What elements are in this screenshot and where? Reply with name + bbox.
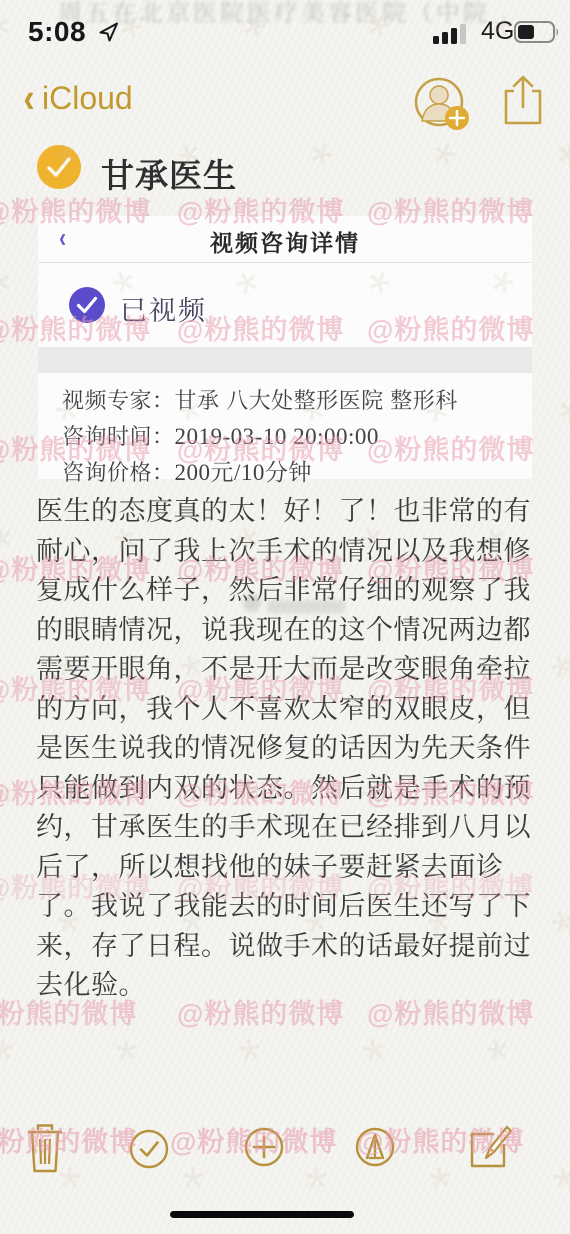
consult-status-card: 已视频 [38, 263, 532, 347]
add-people-icon[interactable] [413, 76, 475, 132]
share-icon[interactable] [502, 74, 544, 126]
chevron-left-icon: ‹ [23, 78, 34, 118]
battery-icon [514, 21, 560, 43]
signal-bars-icon [433, 24, 473, 44]
card-divider-gap [38, 347, 532, 373]
status-time: 5:08 [28, 16, 86, 48]
notes-app-screen: ****************************************… [0, 0, 570, 1234]
back-button-label: iCloud [42, 80, 133, 117]
note-title[interactable]: 甘承医生 [101, 150, 237, 197]
home-indicator[interactable] [170, 1211, 354, 1218]
embedded-screenshot-attachment[interactable]: ‹ 视频咨询详情 已视频 视频专家：甘承 八大处整形医院 整形科 咨询时 [38, 216, 532, 479]
consult-header: ‹ 视频咨询详情 [38, 216, 532, 263]
compose-button[interactable] [466, 1122, 516, 1172]
info-row-price: 咨询价格：200元/10分钟 [62, 455, 532, 491]
consult-status-label: 已视频 [120, 289, 207, 328]
faint-app-watermark [243, 594, 353, 620]
location-arrow-icon [98, 21, 120, 43]
video-done-check-icon [68, 286, 106, 324]
consult-header-title: 视频咨询详情 [38, 225, 532, 258]
note-body-review-text[interactable]: 医生的态度真的太！好！了！也非常的有耐心，问了我上次手术的情况以及我想修复成什么… [36, 492, 538, 1006]
trash-button[interactable] [25, 1122, 65, 1174]
network-type-label: 4G [481, 17, 514, 46]
info-row-time: 咨询时间：2019-03-10 20:00:00 [62, 419, 532, 455]
markup-pen-button[interactable] [355, 1127, 395, 1167]
add-attachment-button[interactable] [244, 1127, 284, 1167]
checklist-button[interactable] [129, 1129, 169, 1169]
consult-info-card: 视频专家：甘承 八大处整形医院 整形科 咨询时间：2019-03-10 20:0… [38, 373, 532, 479]
ghost-top-text: 周五在北京医院医疗美容医院（中院 [58, 0, 490, 28]
info-row-expert: 视频专家：甘承 八大处整形医院 整形科 [62, 383, 532, 419]
back-button-icloud[interactable]: ‹ iCloud [22, 78, 133, 118]
note-checklist-checkbox[interactable] [36, 144, 82, 190]
